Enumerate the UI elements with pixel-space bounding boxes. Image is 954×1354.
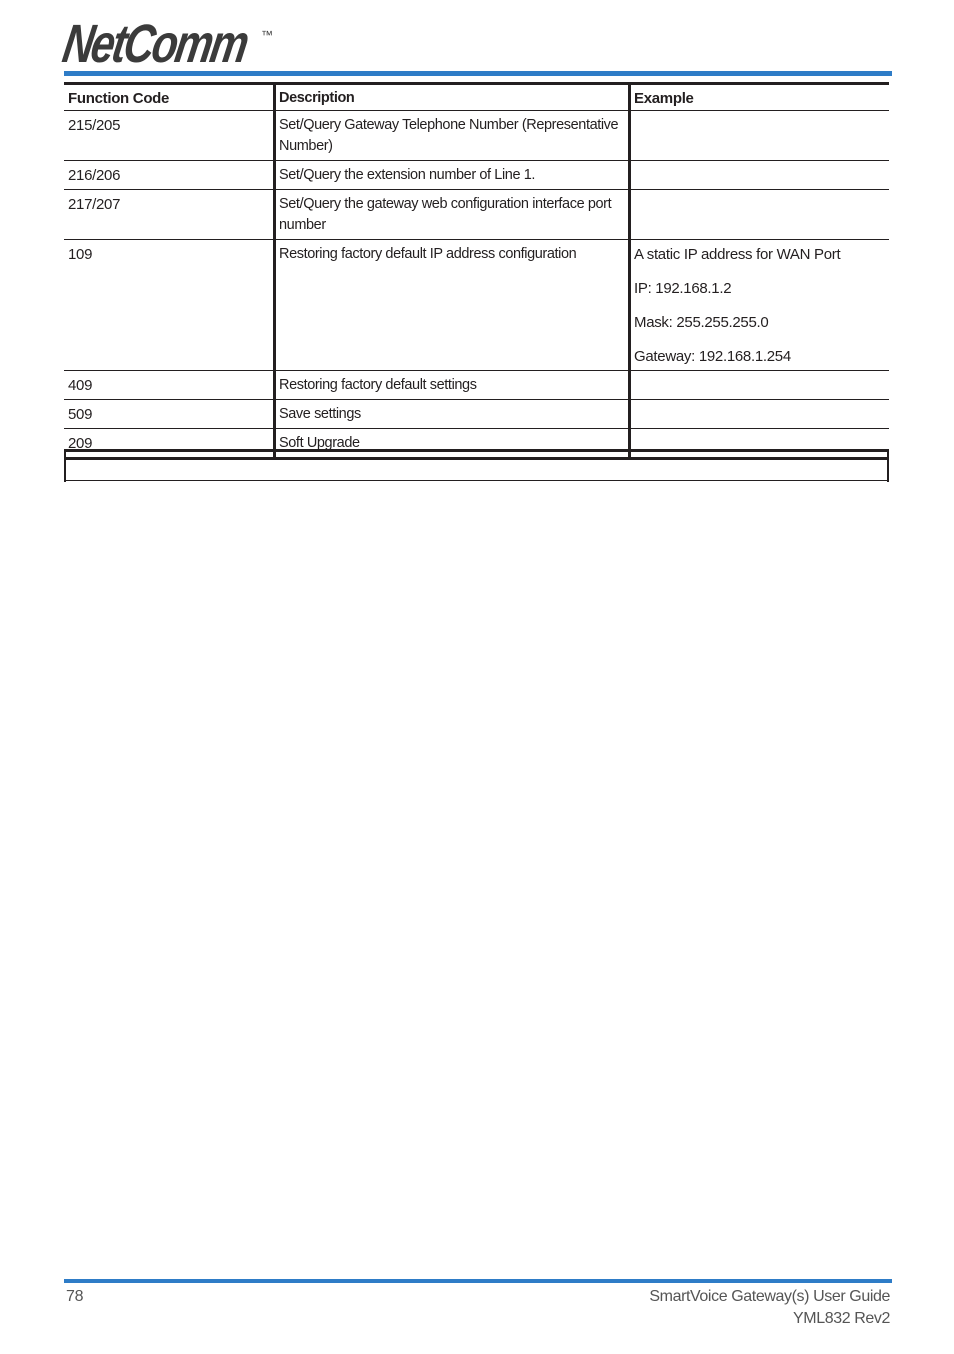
table-row: 215/205Set/Query Gateway Telephone Numbe… (64, 111, 889, 161)
example-cell (630, 400, 890, 429)
function-code-cell: 215/205 (64, 111, 275, 161)
table-header-row: Function Code Description Example (64, 84, 889, 111)
header-rule (64, 71, 892, 76)
logo-wordmark: NetComm (59, 18, 250, 70)
table-row: 109Restoring factory default IP address … (64, 240, 889, 371)
example-line: Mask: 255.255.255.0 (634, 312, 886, 333)
example-cell (630, 161, 890, 190)
example-cell (630, 429, 890, 459)
table-row: 216/206Set/Query the extension number of… (64, 161, 889, 190)
function-code-cell: 217/207 (64, 190, 275, 240)
table-body: 215/205Set/Query Gateway Telephone Numbe… (64, 111, 889, 459)
description-cell: Restoring factory default IP address con… (275, 240, 630, 371)
example-cell (630, 371, 890, 400)
table-row: 509Save settings (64, 400, 889, 429)
description-cell: Soft Upgrade (275, 429, 630, 459)
function-code-table: Function Code Description Example 215/20… (64, 82, 889, 460)
example-cell: A static IP address for WAN PortIP: 192.… (630, 240, 890, 371)
description-cell: Set/Query the gateway web configuration … (275, 190, 630, 240)
description-cell: Save settings (275, 400, 630, 429)
empty-note-box-border (64, 449, 889, 452)
column-header-function-code: Function Code (64, 84, 275, 111)
description-cell: Set/Query the extension number of Line 1… (275, 161, 630, 190)
column-header-description: Description (275, 84, 630, 111)
description-cell: Restoring factory default settings (275, 371, 630, 400)
footer-rule (64, 1279, 892, 1283)
netcomm-logo: NetComm ™ (68, 18, 302, 70)
function-code-cell: 509 (64, 400, 275, 429)
description-cell: Set/Query Gateway Telephone Number (Repr… (275, 111, 630, 161)
table-row: 217/207Set/Query the gateway web configu… (64, 190, 889, 240)
empty-note-box-border (887, 449, 889, 482)
function-code-cell: 216/206 (64, 161, 275, 190)
empty-note-box-border (64, 449, 66, 482)
document-revision: YML832 Rev2 (793, 1310, 890, 1328)
example-line: IP: 192.168.1.2 (634, 278, 886, 299)
example-line: A static IP address for WAN Port (634, 244, 886, 265)
column-header-example: Example (630, 84, 890, 111)
table-row: 409Restoring factory default settings (64, 371, 889, 400)
document-title: SmartVoice Gateway(s) User Guide (649, 1288, 890, 1306)
function-code-cell: 109 (64, 240, 275, 371)
function-code-cell: 209 (64, 429, 275, 459)
trademark-symbol: ™ (261, 28, 273, 42)
example-line: Gateway: 192.168.1.254 (634, 346, 886, 367)
empty-note-box-border (64, 480, 889, 481)
table-row: 209Soft Upgrade (64, 429, 889, 459)
example-cell (630, 190, 890, 240)
function-code-cell: 409 (64, 371, 275, 400)
example-cell (630, 111, 890, 161)
page-number: 78 (66, 1288, 83, 1306)
